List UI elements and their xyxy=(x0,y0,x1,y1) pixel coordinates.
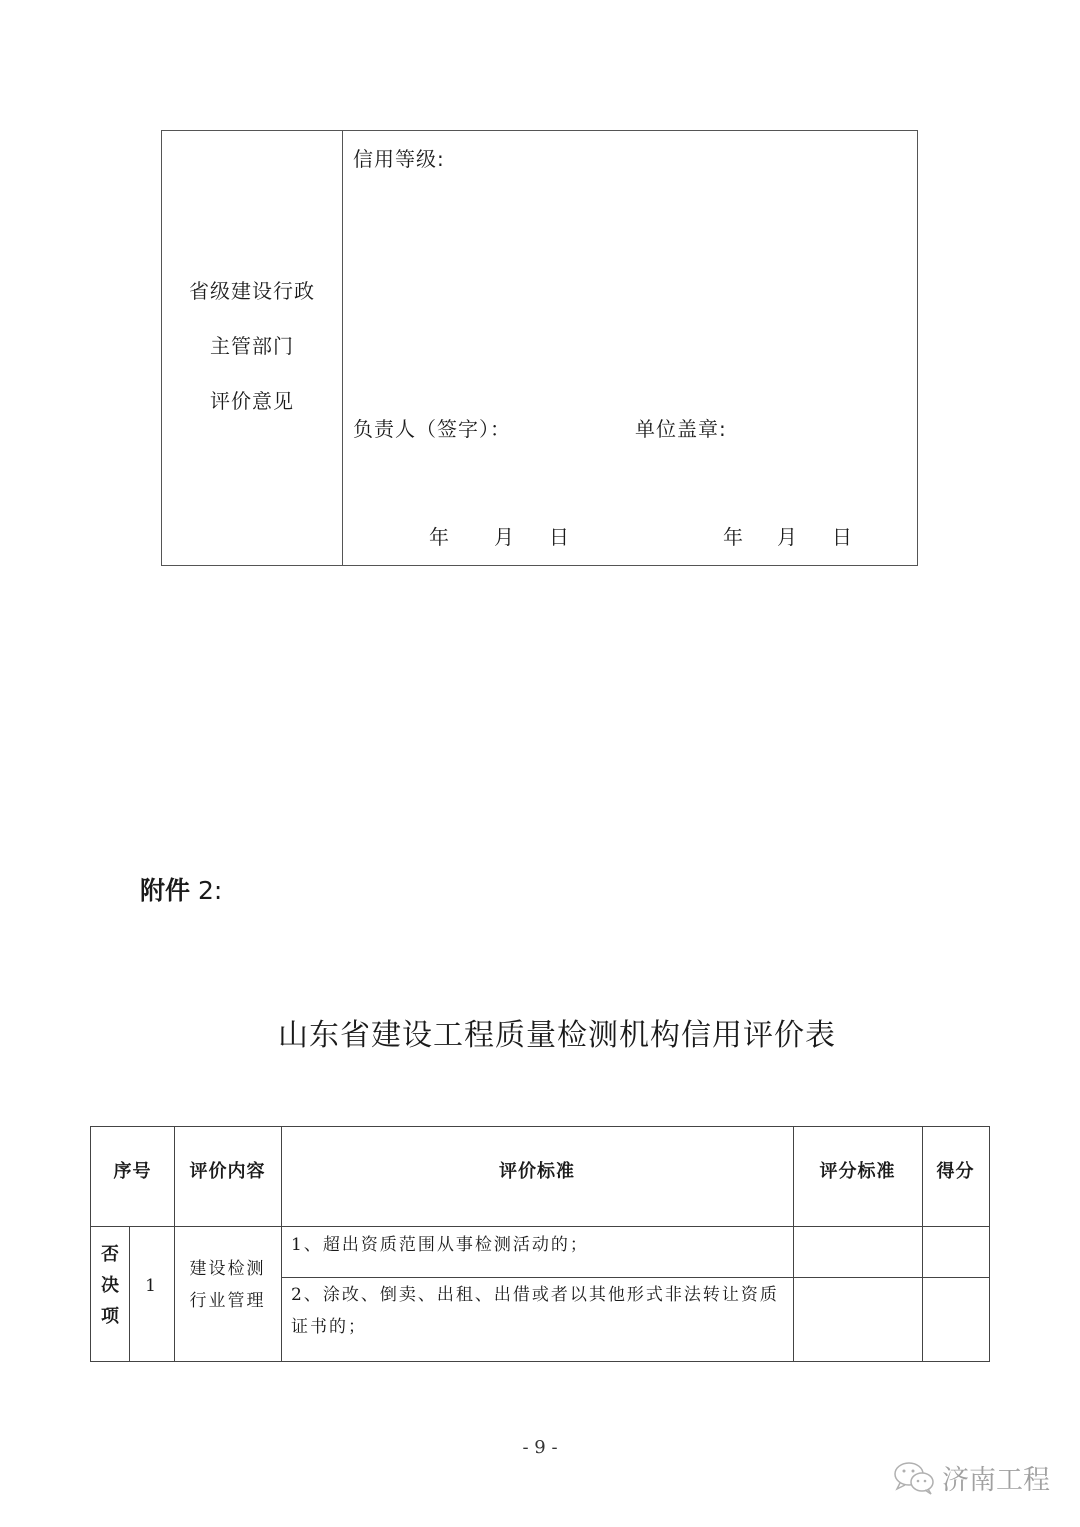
signer-label: 负责人（签字）： xyxy=(353,413,511,442)
table-divider xyxy=(91,1226,989,1227)
table-divider xyxy=(281,1277,989,1278)
wechat-icon xyxy=(892,1460,938,1496)
item-number: 1 xyxy=(129,1270,174,1302)
attachment-number: 2: xyxy=(198,876,222,905)
seal-label: 单位盖章: xyxy=(635,413,727,442)
header-standard: 评价标准 xyxy=(281,1157,793,1183)
date-right-day: 日 xyxy=(832,521,853,550)
opinion-label-line-3: 评价意见 xyxy=(162,385,342,414)
header-content: 评价内容 xyxy=(174,1157,281,1183)
opinion-label-line-1: 省级建设行政 xyxy=(162,275,342,304)
credit-level-label: 信用等级: xyxy=(353,143,445,172)
criterion-1: 1、超出资质范围从事检测活动的； xyxy=(291,1229,589,1261)
item-content: 建设检测 行业管理 xyxy=(174,1253,281,1317)
credit-evaluation-table: 序号 评价内容 评价标准 评分标准 得分 否 决 项 1 建设检测 行业管理 1… xyxy=(90,1126,990,1362)
document-title: 山东省建设工程质量检测机构信用评价表 xyxy=(0,1010,1080,1054)
date-right-month: 月 xyxy=(777,521,798,550)
header-score: 得分 xyxy=(922,1157,989,1183)
attachment-label: 附件 xyxy=(140,876,190,905)
watermark-text: 济南工程 xyxy=(942,1458,1050,1497)
table-divider xyxy=(342,131,343,565)
date-left-day: 日 xyxy=(549,521,570,550)
attachment-heading: 附件 2: xyxy=(140,871,222,907)
opinion-label-line-2: 主管部门 xyxy=(162,330,342,359)
watermark: 济南工程 xyxy=(892,1458,1050,1497)
provincial-opinion-table: 省级建设行政 主管部门 评价意见 信用等级: 负责人（签字）： 单位盖章: 年 … xyxy=(161,130,918,566)
page-number: - 9 - xyxy=(0,1437,1080,1458)
header-score-standard: 评分标准 xyxy=(793,1157,922,1183)
date-right-year: 年 xyxy=(723,521,744,550)
veto-item-label: 否 决 项 xyxy=(92,1239,128,1332)
header-seq: 序号 xyxy=(91,1157,174,1183)
date-left-month: 月 xyxy=(494,521,515,550)
date-left-year: 年 xyxy=(429,521,450,550)
criterion-2: 2、涂改、倒卖、出租、出借或者以其他形式非法转让资质 证书的； xyxy=(291,1279,789,1343)
